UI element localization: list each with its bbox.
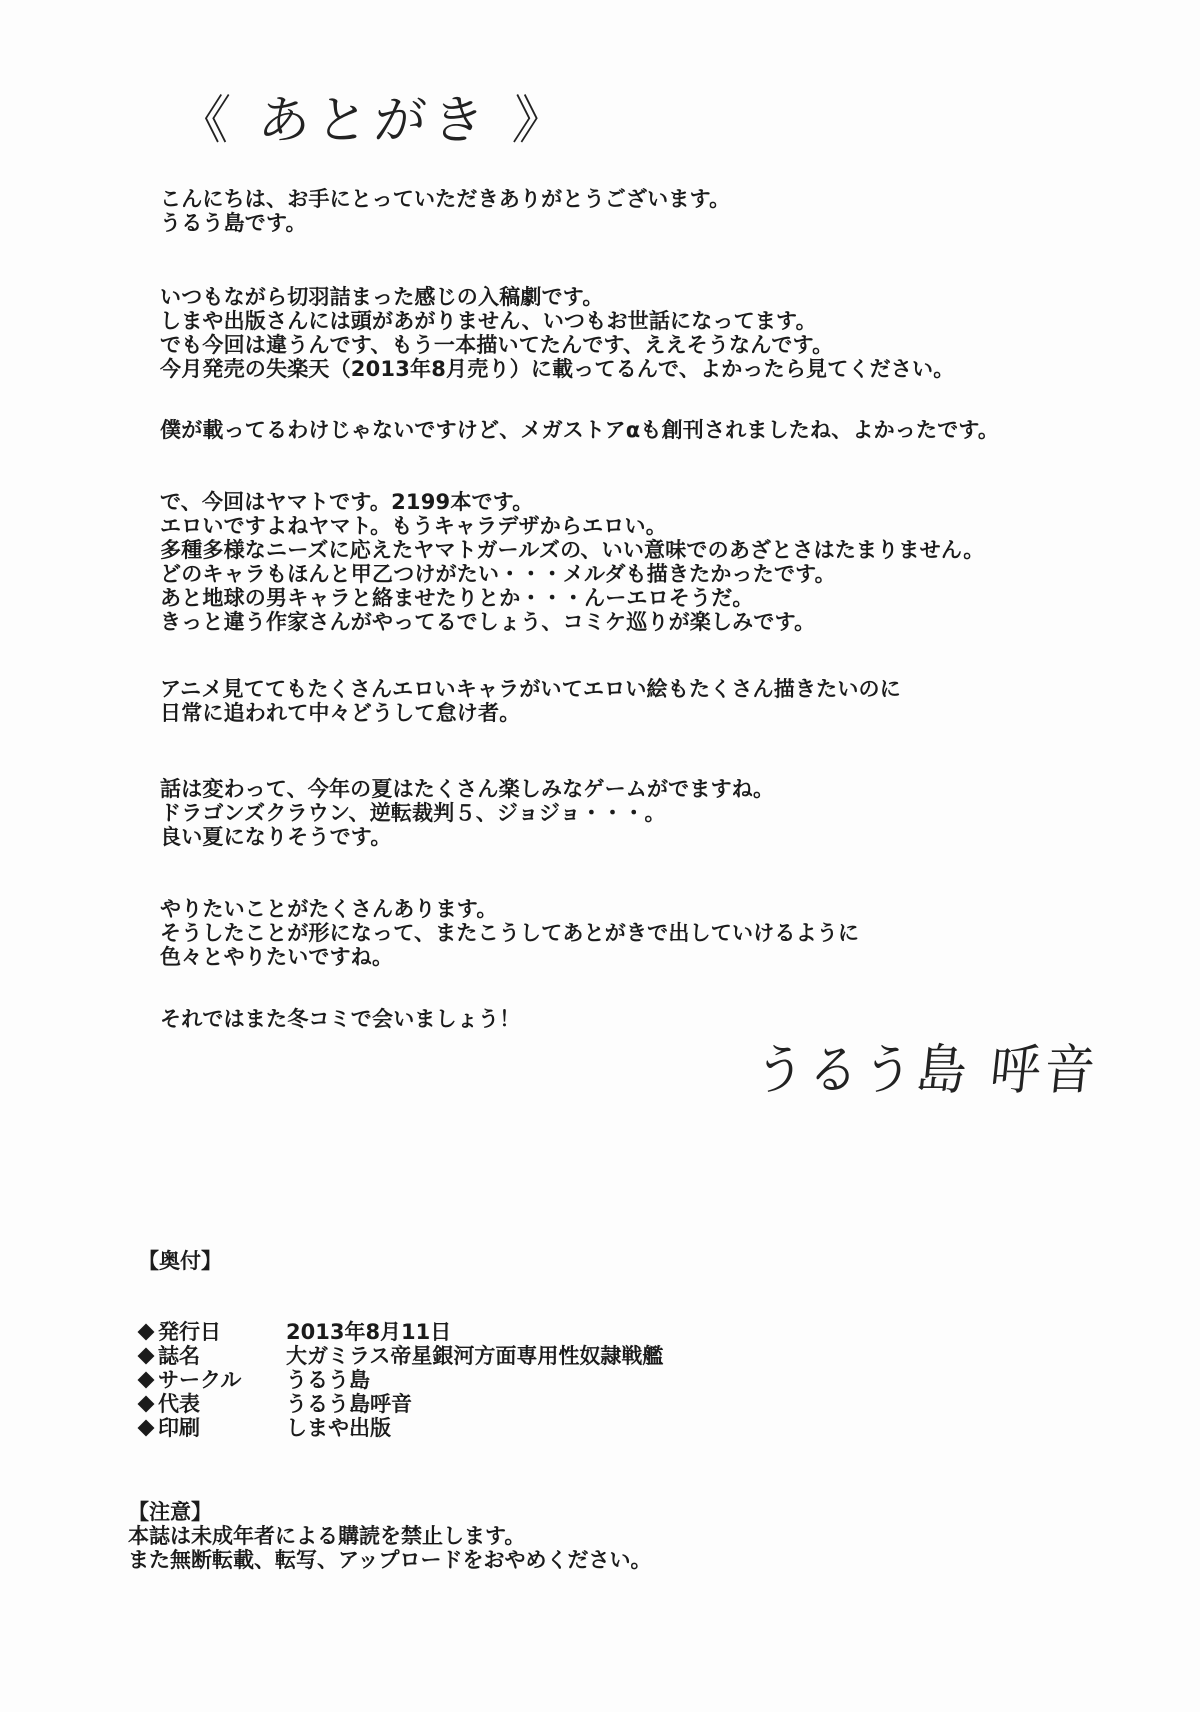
- text-line: やりたいことがたくさんあります。: [160, 897, 859, 921]
- colophon-row-issue-date: 発行日 2013年8月11日: [136, 1320, 663, 1344]
- paragraph-yamato: で、今回はヤマトです。2199本です。 エロいですよねヤマト。もうキャラデザから…: [160, 490, 985, 634]
- paragraph-anime: アニメ見ててもたくさんエロいキャラがいてエロい絵もたくさん描きたいのに 日常に追…: [160, 677, 901, 725]
- text-line: 話は変わって、今年の夏はたくさん楽しみなゲームがでますね。: [160, 777, 774, 801]
- text-line: きっと違う作家さんがやってるでしょう、コミケ巡りが楽しみです。: [160, 610, 985, 634]
- afterword-page: 《 あとがき 》 こんにちは、お手にとっていただきありがとうございます。 うるう…: [0, 0, 1200, 1712]
- text-line: ドラゴンズクラウン、逆転裁判５、ジョジョ・・・。: [160, 801, 774, 825]
- colophon-key: サークル: [158, 1368, 241, 1392]
- text-line: 良い夏になりそうです。: [160, 825, 774, 849]
- colophon-value: しまや出版: [286, 1416, 391, 1440]
- text-line: 色々とやりたいですね。: [160, 945, 859, 969]
- colophon-key: 代表: [158, 1392, 200, 1416]
- text-line: そうしたことが形になって、またこうしてあとがきで出していけるように: [160, 921, 859, 945]
- colophon-key: 印刷: [158, 1416, 200, 1440]
- text-line: で、今回はヤマトです。2199本です。: [160, 490, 985, 514]
- paragraph-greeting: こんにちは、お手にとっていただきありがとうございます。 うるう島です。: [160, 187, 730, 235]
- colophon-key: 発行日: [158, 1320, 221, 1344]
- colophon-value: 2013年8月11日: [286, 1320, 451, 1344]
- notice-line: また無断転載、転写、アップロードをおやめください。: [128, 1548, 652, 1572]
- colophon-row-representative: 代表 うるう島呼音: [136, 1392, 663, 1416]
- page-title: 《 あとがき 》: [175, 78, 573, 153]
- text-line: しまや出版さんには頭があがりません、いつもお世話になってます。: [160, 309, 954, 333]
- text-line: エロいですよねヤマト。もうキャラデザからエロい。: [160, 514, 985, 538]
- colophon-heading: 【奥付】: [138, 1245, 222, 1275]
- text-line: あと地球の男キャラと絡ませたりとか・・・んーエロそうだ。: [160, 586, 985, 610]
- paragraph-games: 話は変わって、今年の夏はたくさん楽しみなゲームがでますね。 ドラゴンズクラウン、…: [160, 777, 774, 849]
- text-line: 多種多様なニーズに応えたヤマトガールズの、いい意味でのあざとさはたまりません。: [160, 538, 985, 562]
- colophon-row-circle: サークル うるう島: [136, 1368, 663, 1392]
- paragraph-submission: いつもながら切羽詰まった感じの入稿劇です。 しまや出版さんには頭があがりません、…: [160, 285, 954, 381]
- notice-section: 【注意】 本誌は未成年者による購読を禁止します。 また無断転載、転写、アップロー…: [128, 1500, 652, 1572]
- author-signature: うるう島 呼音: [751, 1027, 1103, 1105]
- diamond-bullet-icon: [138, 1372, 155, 1389]
- text-line: 僕が載ってるわけじゃないですけど、メガストアαも創刊されましたね、よかったです。: [160, 418, 999, 442]
- text-line: 日常に追われて中々どうして怠け者。: [160, 701, 901, 725]
- text-line: アニメ見ててもたくさんエロいキャラがいてエロい絵もたくさん描きたいのに: [160, 677, 901, 701]
- paragraph-farewell: それではまた冬コミで会いましょう！: [160, 1007, 520, 1031]
- colophon-value: 大ガミラス帝星銀河方面専用性奴隷戦艦: [286, 1344, 663, 1368]
- paragraph-megastore: 僕が載ってるわけじゃないですけど、メガストアαも創刊されましたね、よかったです。: [160, 418, 999, 442]
- diamond-bullet-icon: [138, 1396, 155, 1413]
- colophon-value: うるう島呼音: [286, 1392, 412, 1416]
- text-line: 今月発売の失楽天（2013年8月売り）に載ってるんで、よかったら見てください。: [160, 357, 954, 381]
- diamond-bullet-icon: [138, 1420, 155, 1437]
- notice-line: 本誌は未成年者による購読を禁止します。: [128, 1524, 652, 1548]
- text-line: それではまた冬コミで会いましょう！: [160, 1007, 520, 1031]
- colophon-key: 誌名: [158, 1344, 200, 1368]
- colophon-value: うるう島: [286, 1368, 370, 1392]
- diamond-bullet-icon: [138, 1348, 155, 1365]
- text-line: いつもながら切羽詰まった感じの入稿劇です。: [160, 285, 954, 309]
- notice-heading: 【注意】: [128, 1500, 652, 1524]
- text-line: うるう島です。: [160, 211, 730, 235]
- colophon-table: 発行日 2013年8月11日 誌名 大ガミラス帝星銀河方面専用性奴隷戦艦 サーク…: [136, 1320, 663, 1440]
- colophon-row-title: 誌名 大ガミラス帝星銀河方面専用性奴隷戦艦: [136, 1344, 663, 1368]
- diamond-bullet-icon: [138, 1324, 155, 1341]
- text-line: どのキャラもほんと甲乙つけがたい・・・メルダも描きたかったです。: [160, 562, 985, 586]
- paragraph-goals: やりたいことがたくさんあります。 そうしたことが形になって、またこうしてあとがき…: [160, 897, 859, 969]
- text-line: こんにちは、お手にとっていただきありがとうございます。: [160, 187, 730, 211]
- colophon-row-printer: 印刷 しまや出版: [136, 1416, 663, 1440]
- text-line: でも今回は違うんです、もう一本描いてたんです、ええそうなんです。: [160, 333, 954, 357]
